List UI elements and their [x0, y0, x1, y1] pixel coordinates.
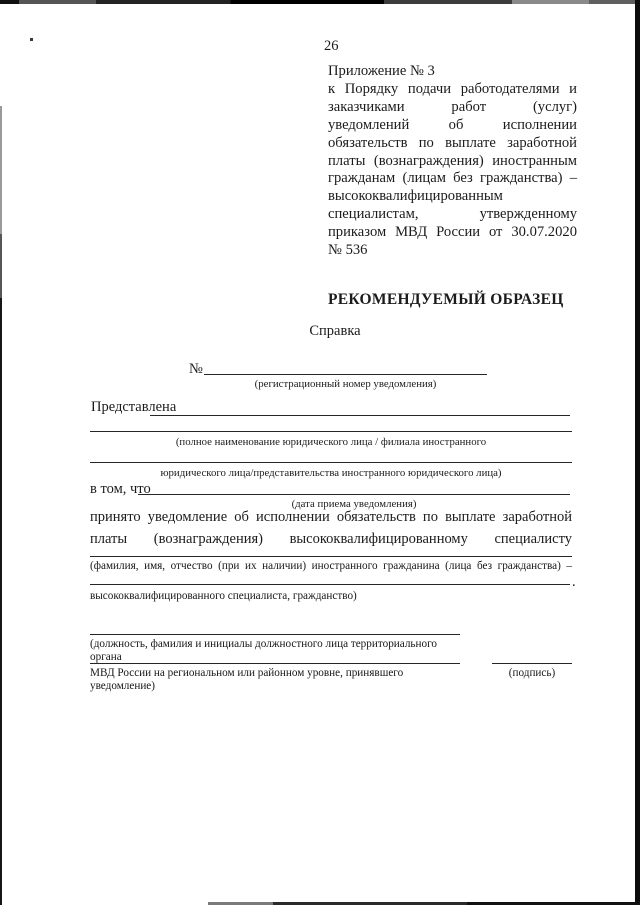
- signature-fill-line: [492, 663, 572, 664]
- form-subtitle: Справка: [94, 323, 576, 339]
- number-label: №: [189, 361, 203, 377]
- appendix-line: обязательств по выплате заработной: [328, 135, 577, 153]
- org-fill-line-1: [90, 431, 572, 432]
- appendix-line: № 536: [328, 242, 577, 260]
- appendix-line: гражданам (лицам без гражданства) –: [328, 170, 577, 188]
- scan-speck: [30, 38, 33, 41]
- document-page: 26 Приложение № 3 к Порядку подачи работ…: [0, 0, 640, 905]
- number-fill-line: [204, 374, 487, 375]
- official-caption-1: (должность, фамилия и инициалы должностн…: [90, 638, 470, 663]
- signature-caption: (подпись): [492, 667, 572, 680]
- appendix-line: платы (вознаграждения) иностранным: [328, 153, 577, 171]
- appendix-line: уведомлений об исполнении: [328, 117, 577, 135]
- presented-label: Представлена: [91, 399, 176, 415]
- fio-line-period: .: [572, 574, 576, 590]
- org-fill-line-2: [90, 462, 572, 463]
- appendix-line: заказчиками работ (услуг): [328, 99, 577, 117]
- appendix-line: Приложение № 3: [328, 63, 577, 81]
- fio-fill-line-1: [90, 556, 572, 557]
- appendix-line: высококвалифицированным: [328, 188, 577, 206]
- number-caption: (регистрационный номер уведомления): [204, 378, 487, 390]
- appendix-line: приказом МВД России от 30.07.2020: [328, 224, 577, 242]
- form-title: РЕКОМЕНДУЕМЫЙ ОБРАЗЕЦ: [328, 291, 568, 309]
- body-line: платы (вознаграждения) высококвалифициро…: [90, 531, 572, 547]
- page-number: 26: [324, 38, 339, 54]
- scan-border-left: [0, 106, 2, 905]
- body-line: принято уведомление об исполнении обязат…: [90, 509, 572, 525]
- fio-caption-1: (фамилия, имя, отчество (при их наличии)…: [90, 560, 572, 573]
- official-fill-line-2: [90, 663, 460, 664]
- appendix-line: к Порядку подачи работодателями и: [328, 81, 577, 99]
- official-fill-line-1: [90, 634, 460, 635]
- date-fill-line: [138, 494, 570, 495]
- scan-border-top: [0, 0, 640, 4]
- fio-caption-2: высококвалифицированного специалиста, гр…: [90, 590, 572, 603]
- scan-border-right: [635, 0, 640, 905]
- official-caption-2: МВД России на региональном или районном …: [90, 667, 470, 692]
- org-caption-2: юридического лица/представительства инос…: [90, 467, 572, 479]
- fio-fill-line-2: [90, 584, 570, 585]
- appendix-note: Приложение № 3 к Порядку подачи работода…: [328, 63, 577, 260]
- presented-fill-line: [150, 415, 570, 416]
- org-caption-1: (полное наименование юридического лица /…: [90, 436, 572, 448]
- appendix-line: специалистам, утвержденному: [328, 206, 577, 224]
